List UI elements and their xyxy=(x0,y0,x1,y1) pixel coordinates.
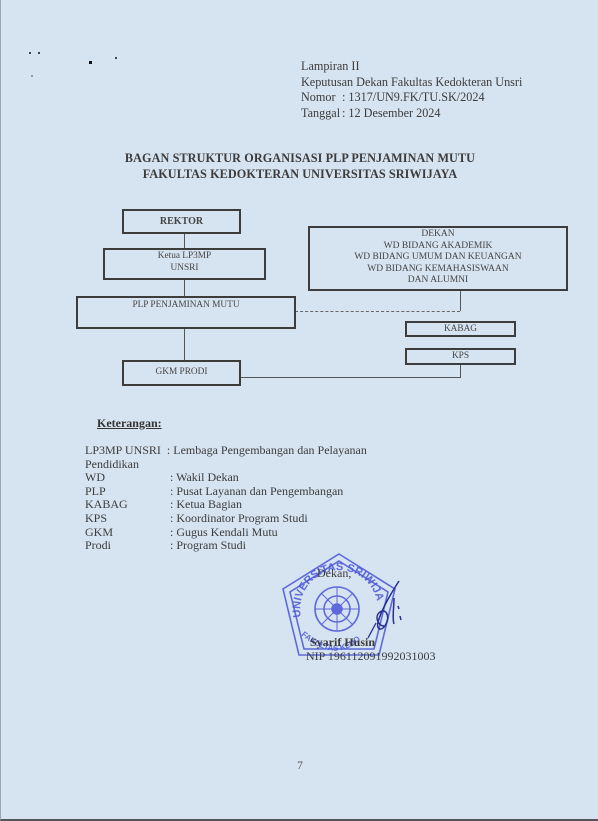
legend-list: LP3MP UNSRI : Lembaga Pengembangan dan P… xyxy=(85,444,367,553)
legend-term: GKM xyxy=(85,526,170,540)
signature-icon xyxy=(364,578,414,640)
scan-speck xyxy=(38,52,40,54)
legend-item: WD: Wakil Dekan xyxy=(85,471,367,485)
legend-def: : Wakil Dekan xyxy=(170,470,239,484)
header-line1: Lampiran II xyxy=(301,59,522,75)
connector-kps-down xyxy=(460,364,461,378)
legend-term: LP3MP UNSRI xyxy=(85,443,161,457)
legend-def: : Lembaga Pengembangan dan Pelayanan xyxy=(167,443,367,457)
connector-dekan-down xyxy=(460,290,461,311)
org-box-kabag: KABAG xyxy=(405,321,516,337)
nomor-value: : 1317/UN9.FK/TU.SK/2024 xyxy=(342,90,485,104)
signatory-nip: NIP 196112091992031003 xyxy=(306,649,435,663)
legend-def: : Koordinator Program Studi xyxy=(170,511,308,525)
nomor-label: Nomor xyxy=(301,90,342,106)
org-box-rektor: REKTOR xyxy=(122,209,241,234)
dashed-connector-plp-dekan xyxy=(295,311,460,312)
legend-term: PLP xyxy=(85,485,170,499)
header-tanggal: Tanggal: 12 Desember 2024 xyxy=(301,106,522,122)
plp-label: PLP PENJAMINAN MUTU xyxy=(132,300,239,310)
legend-item: KABAG: Ketua Bagian xyxy=(85,498,367,512)
legend-item: GKM: Gugus Kendali Mutu xyxy=(85,526,367,540)
legend-def: : Ketua Bagian xyxy=(170,497,242,511)
org-box-plp-penjaminan-mutu: PLP PENJAMINAN MUTU xyxy=(76,296,296,329)
connector-plp-gkm xyxy=(184,328,185,360)
legend-term: KABAG xyxy=(85,498,170,512)
document-header: Lampiran II Keputusan Dekan Fakultas Ked… xyxy=(301,59,522,121)
scan-speck xyxy=(29,52,31,54)
dekan-line2: WD BIDANG AKADEMIK xyxy=(310,241,566,253)
scan-speck xyxy=(89,61,92,64)
connector-gkm-kps xyxy=(240,377,460,378)
ketua-lp3mp-line1: Ketua LP3MP xyxy=(105,251,264,263)
title-line2: FAKULTAS KEDOKTERAN UNIVERSITAS SRIWIJAY… xyxy=(1,166,598,182)
signatory-name: Syarif Husin xyxy=(310,635,375,649)
legend-term: Pendidikan xyxy=(85,457,139,471)
legend-title: Keterangan: xyxy=(97,416,162,431)
scan-speck xyxy=(115,57,117,59)
gkm-label: GKM PRODI xyxy=(156,367,208,377)
document-page: Lampiran II Keputusan Dekan Fakultas Ked… xyxy=(0,0,598,821)
scan-speck xyxy=(31,75,33,77)
connector-rektor-ketua xyxy=(184,233,185,248)
signatory-role: Dekan, xyxy=(317,566,351,580)
legend-def: : Gugus Kendali Mutu xyxy=(170,525,278,539)
kps-label: KPS xyxy=(452,351,469,361)
org-box-gkm-prodi: GKM PRODI xyxy=(122,360,241,386)
dekan-line5: DAN ALUMNI xyxy=(310,275,566,287)
dekan-line4: WD BIDANG KEMAHASISWAAN xyxy=(310,264,566,276)
legend-item: LP3MP UNSRI : Lembaga Pengembangan dan P… xyxy=(85,444,367,458)
org-box-kps: KPS xyxy=(405,348,516,365)
rektor-label: REKTOR xyxy=(160,216,203,227)
legend-def: : Program Studi xyxy=(170,538,246,552)
legend-def: : Pusat Layanan dan Pengembangan xyxy=(170,484,343,498)
dekan-line3: WD BIDANG UMUM DAN KEUANGAN xyxy=(310,252,566,264)
legend-term: KPS xyxy=(85,512,170,526)
legend-term: WD xyxy=(85,471,170,485)
connector-ketua-plp xyxy=(184,279,185,296)
kabag-label: KABAG xyxy=(444,324,477,334)
legend-item: KPS: Koordinator Program Studi xyxy=(85,512,367,526)
header-nomor: Nomor: 1317/UN9.FK/TU.SK/2024 xyxy=(301,90,522,106)
legend-term: Prodi xyxy=(85,539,170,553)
legend-item: Pendidikan xyxy=(85,458,367,472)
title-line1: BAGAN STRUKTUR ORGANISASI PLP PENJAMINAN… xyxy=(1,150,598,166)
tanggal-value: : 12 Desember 2024 xyxy=(342,106,441,120)
header-line2: Keputusan Dekan Fakultas Kedokteran Unsr… xyxy=(301,75,522,91)
dekan-line1: DEKAN xyxy=(310,229,566,241)
org-box-dekan: DEKAN WD BIDANG AKADEMIK WD BIDANG UMUM … xyxy=(308,226,568,291)
document-title: BAGAN STRUKTUR ORGANISASI PLP PENJAMINAN… xyxy=(1,150,598,182)
org-box-ketua-lp3mp: Ketua LP3MP UNSRI xyxy=(103,248,266,280)
page-number: 7 xyxy=(1,760,598,772)
tanggal-label: Tanggal xyxy=(301,106,342,122)
legend-item: PLP: Pusat Layanan dan Pengembangan xyxy=(85,485,367,499)
ketua-lp3mp-line2: UNSRI xyxy=(105,263,264,275)
